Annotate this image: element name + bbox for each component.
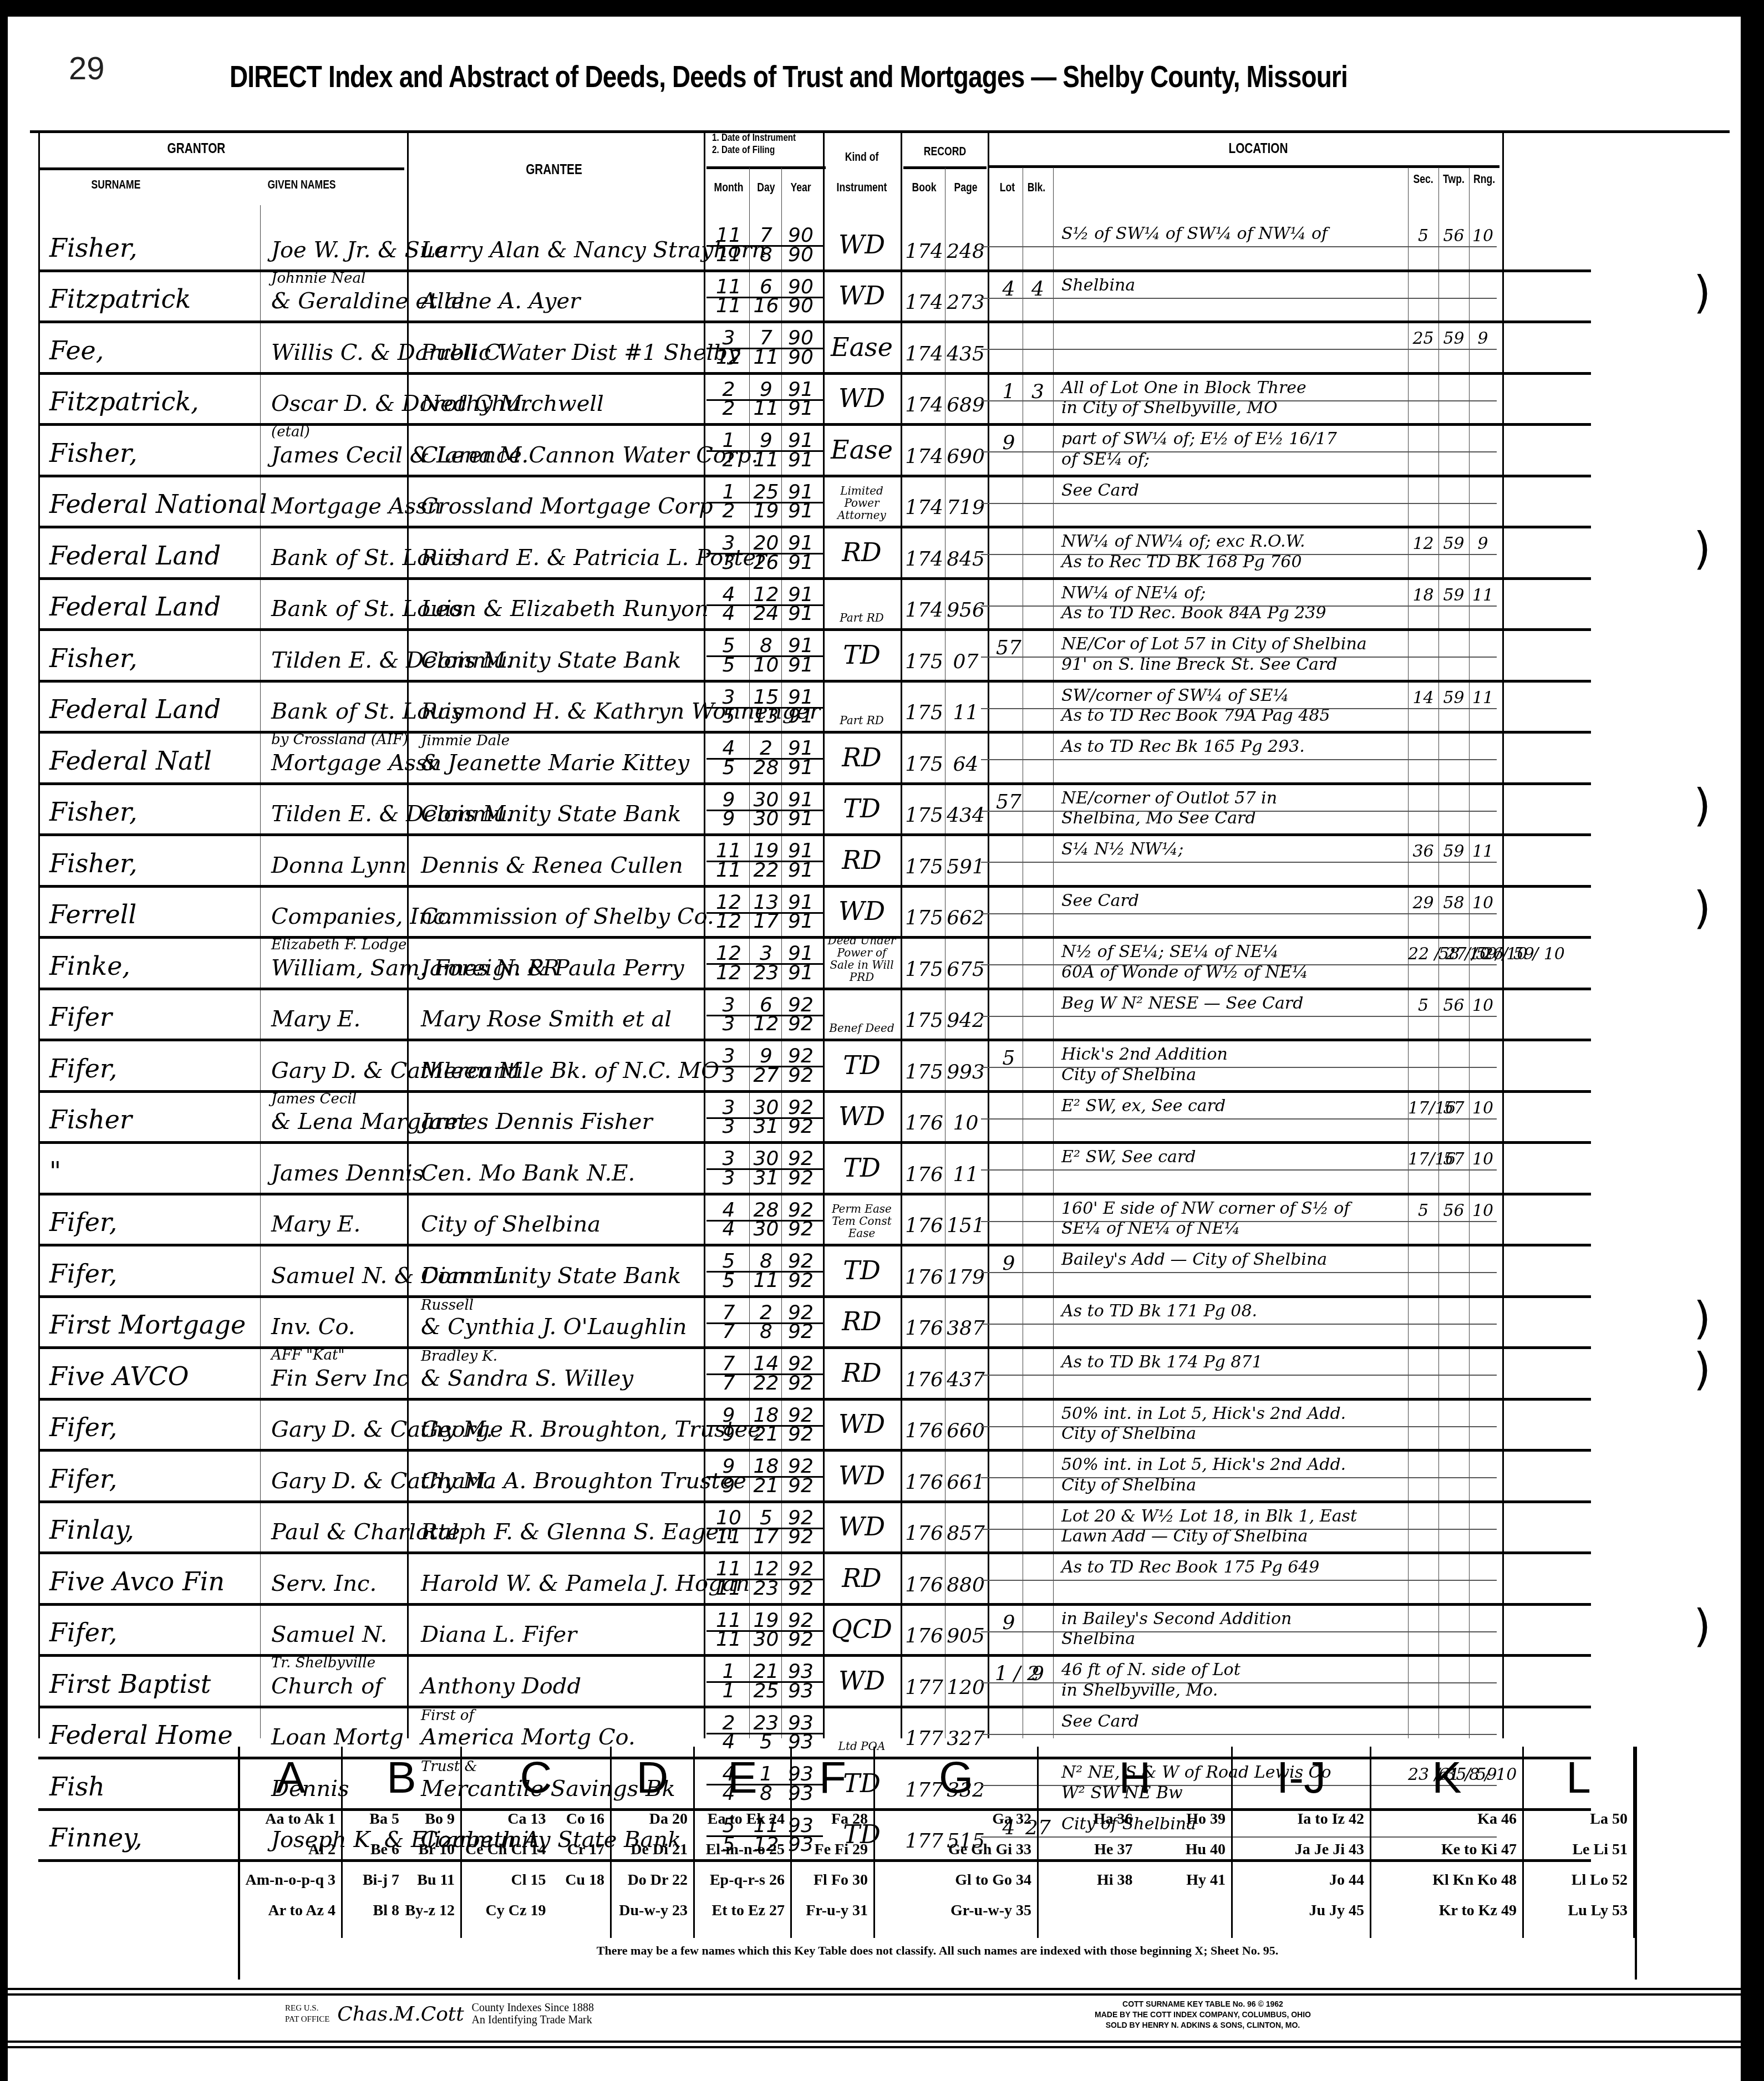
location-township: 59 (1438, 688, 1469, 708)
grantor-surname: Five Avco Fin (49, 1566, 225, 1596)
record-page: 07 (945, 650, 987, 673)
record-page: 689 (945, 394, 987, 416)
location-township: 56 (1438, 226, 1469, 246)
location-township: 59 (1438, 329, 1469, 348)
key-entry: Kl Kn Ko 48 (1375, 1871, 1519, 1902)
date-divider (706, 810, 823, 811)
key-entry: Ep-q-r-s 26 (698, 1871, 787, 1902)
location-divider (981, 913, 1497, 914)
surname-key-table: There may be a few names which this Key … (238, 1747, 1637, 1980)
location-divider (981, 1375, 1497, 1376)
location-description: 50% int. in Lot 5, Hick's 2nd Add. (1061, 1404, 1346, 1423)
location-divider (981, 1016, 1497, 1017)
index-row: FerrellCompanies, Inc.Commission of Shel… (38, 888, 1591, 939)
record-book: 176 (903, 1163, 945, 1186)
index-row: Fitzpatrick& Geraldine et alJohnnie Neal… (38, 272, 1591, 324)
key-table-note: There may be a few names which this Key … (240, 1943, 1635, 1958)
record-page: 64 (945, 753, 987, 776)
grantor-given-names: Church of (271, 1673, 383, 1699)
page-number: 29 (69, 50, 105, 87)
record-page: 273 (945, 291, 987, 314)
sec-header: Sec. (1411, 172, 1436, 186)
key-column-l: LLa 50Le Li 51Ll Lo 52Lu Ly 53 (1524, 1747, 1635, 1938)
grantor-given-names-note: Tr. Shelbyville (271, 1655, 375, 1671)
key-column-e: EEa to Ek 24El-m-n-o 25Ep-q-r-s 26Et to … (695, 1747, 792, 1938)
grantee-name: & Cynthia J. O'Laughlin (421, 1314, 687, 1340)
grantee-name: Allene A. Ayer (421, 288, 580, 314)
location-divider (981, 862, 1497, 863)
grantor-surname: Fisher, (49, 438, 138, 468)
record-page: 179 (945, 1266, 987, 1289)
location-description: NE/corner of Outlot 57 in (1061, 788, 1277, 808)
index-row: Fifer,Samuel N. & Diana L.Community Stat… (38, 1246, 1591, 1298)
grantor-given-names: Fin Serv Inc (271, 1366, 409, 1391)
instrument-kind: WD (826, 281, 898, 311)
index-row: Fisher,Donna LynnDennis & Renea Cullen11… (38, 836, 1591, 888)
date-divider (706, 348, 823, 349)
index-row: Federal LandBank of St. LouisRaymond H. … (38, 683, 1591, 734)
grantee-name: Anthony Dodd (421, 1673, 581, 1699)
key-entry: Kr to Kz 49 (1375, 1902, 1519, 1932)
record-book: 175 (903, 958, 945, 981)
instrument-kind: WD (826, 230, 898, 260)
grantor-surname: First Mortgage (49, 1310, 246, 1340)
index-row: Fifer,Gary D. & Cathy M.George R. Brough… (38, 1401, 1591, 1452)
index-row: Fisher& Lena MargaretJames CecilJames De… (38, 1093, 1591, 1144)
location-description: As to TD Rec Book 175 Pg 649 (1061, 1558, 1319, 1577)
dates-header-rule (706, 166, 826, 169)
location-township: 59 (1438, 842, 1469, 861)
key-entries: Da 20De Di 21Do Dr 22Du-w-y 23 (615, 1810, 690, 1932)
grantee-name: Leon & Elizabeth Runyon (421, 596, 709, 622)
key-entry: Gl to Go 34 (878, 1871, 1034, 1902)
key-entry: Co 16 (548, 1810, 607, 1841)
date-divider (706, 1220, 823, 1222)
grantor-surname: Fifer (49, 1002, 112, 1032)
grantee-name: Ralph F. & Glenna S. Eagen (421, 1519, 733, 1545)
grantor-surname: Fifer, (49, 1207, 117, 1237)
location-description: NW¼ of NE¼ of; (1061, 583, 1206, 603)
margin-bracket-mark: ) (1694, 523, 1711, 574)
date-divider (706, 502, 823, 503)
key-entries: Ca 13Ce Ch Ci 14Cl 15Cy Cz 19Co 16Cr 17C… (465, 1810, 607, 1932)
pat-office-label: PAT OFFICE (285, 2015, 329, 2024)
location-lot: 9 (995, 1252, 1023, 1275)
instrument-header: Instrument (833, 180, 891, 195)
instrument-kind: RD (826, 1358, 898, 1388)
record-page: 11 (945, 701, 987, 724)
footer-rule (8, 1993, 1741, 1996)
key-entries: Fa 28Fe Fi 29Fl Fo 30Fr-u-y 31 (795, 1810, 870, 1932)
grantor-given-names-note: James Cecil (271, 1091, 357, 1107)
date-divider (706, 1015, 823, 1016)
instrument-kind: RD (826, 537, 898, 567)
instrument-kind: TD (826, 1255, 898, 1285)
grantee-name-note: Bradley K. (421, 1348, 497, 1365)
location-township: 59 (1438, 534, 1469, 553)
location-range: 10 (1469, 1098, 1497, 1118)
record-page: 993 (945, 1061, 987, 1083)
key-column-b: BBa 5Be 6Bi-j 7Bl 8Bo 9Br 10Bu 11By-z 12 (343, 1747, 462, 1938)
instrument-kind: WD (826, 383, 898, 413)
given-names-header: GIVEN NAMES (246, 177, 357, 192)
grantee-name: Harold W. & Pamela J. Hogan (421, 1571, 750, 1596)
location-divider (981, 657, 1497, 658)
location-description: E² SW, See card (1061, 1147, 1196, 1167)
instrument-kind: QCD (826, 1614, 898, 1644)
date-divider (706, 1322, 823, 1324)
record-book: 175 (903, 856, 945, 878)
location-divider (981, 1272, 1497, 1273)
record-page: 857 (945, 1522, 987, 1545)
key-entry: Br 10 (401, 1841, 457, 1871)
location-range: 10 / 10 / 10 (1469, 944, 1497, 964)
instrument-kind: TD (826, 793, 898, 823)
location-description: NE/Cor of Lot 57 in City of Shelbina (1061, 634, 1367, 654)
location-divider (981, 1734, 1497, 1735)
key-column-g: GGa 32Ge Gh Gi 33Gl to Go 34Gr-u-w-y 35 (875, 1747, 1039, 1938)
record-page: 248 (945, 240, 987, 263)
key-entry: Ju Jy 45 (1236, 1902, 1366, 1932)
grantee-name: James N. & Paula Perry (421, 955, 684, 981)
publisher-info: COTT SURNAME KEY TABLE No. 96 © 1962 MAD… (1095, 1999, 1311, 2031)
location-divider (981, 349, 1497, 350)
index-row: Five AVCOFin Serv IncAFF "Kat"& Sandra S… (38, 1349, 1591, 1401)
location-divider (981, 554, 1497, 555)
grantee-name: Clarence Cannon Water Corp. (421, 442, 758, 468)
index-row: Federal LandBank of St. LouisLeon & Eliz… (38, 580, 1591, 632)
lot-header: Lot (995, 180, 1020, 195)
location-divider (981, 246, 1497, 247)
page-title: DIRECT Index and Abstract of Deeds, Deed… (230, 58, 1348, 94)
index-row: Fifer,Samuel N.Diana L. Fifer11199211309… (38, 1606, 1591, 1657)
instrument-kind: Benef Deed (826, 1022, 898, 1034)
key-entry: Du-w-y 23 (615, 1902, 690, 1932)
key-entry: Fl Fo 30 (795, 1871, 870, 1902)
publisher-line-2: MADE BY THE COTT INDEX COMPANY, COLUMBUS… (1095, 2009, 1311, 2020)
margin-bracket-mark: ) (1694, 1600, 1711, 1652)
location-description: 50% int. in Lot 5, Hick's 2nd Add. (1061, 1455, 1346, 1474)
date-divider (706, 1476, 823, 1478)
date-divider (706, 707, 823, 709)
record-page: 942 (945, 1009, 987, 1032)
location-divider (981, 1118, 1497, 1120)
index-row: Federal NationalMortgage AssnCrossland M… (38, 477, 1591, 529)
reg-label: REG U.S. (285, 2004, 318, 2013)
date-divider (706, 1630, 823, 1632)
key-entry: Fe Fi 29 (795, 1841, 870, 1871)
key-entry: De Di 21 (615, 1841, 690, 1871)
instrument-kind: WD (826, 1461, 898, 1490)
location-lot: 1 (995, 380, 1023, 403)
grantee-name-note: Jimmie Dale (421, 732, 510, 749)
location-divider (981, 964, 1497, 965)
index-row: Federal NatlMortgage Assnby Crossland (A… (38, 734, 1591, 785)
instrument-kind: Part RD (826, 612, 898, 624)
key-letter: K (1371, 1752, 1522, 1803)
kind-header: Kind of (833, 150, 891, 164)
day-header: Day (754, 180, 779, 195)
grantor-surname: Fifer, (49, 1617, 117, 1647)
grantor-given-names: Mary E. (271, 1212, 360, 1237)
instrument-kind: Ease (826, 332, 898, 362)
record-page: 437 (945, 1368, 987, 1391)
location-section: 25 (1408, 329, 1438, 348)
location-divider (981, 606, 1497, 607)
grantee-header: GRANTEE (505, 161, 603, 178)
grantor-surname: First Baptist (49, 1669, 211, 1699)
grantor-surname: Fifer, (49, 1464, 117, 1494)
grantee-name: Community State Bank (421, 1263, 681, 1289)
location-section: 5 (1408, 226, 1438, 246)
record-book: 176 (903, 1266, 945, 1289)
date-divider (706, 1373, 823, 1375)
blk-header: Blk. (1025, 180, 1048, 195)
location-township: 56 (1438, 1201, 1469, 1220)
instrument-kind: TD (826, 640, 898, 670)
location-section: 36 (1408, 842, 1438, 861)
grantor-surname: Five AVCO (49, 1361, 189, 1391)
record-page: 434 (945, 804, 987, 827)
location-section: 5 (1408, 1201, 1438, 1220)
key-column-d: DDa 20De Di 21Do Dr 22Du-w-y 23 (612, 1747, 695, 1938)
margin-bracket-mark: ) (1694, 882, 1711, 934)
record-page: 661 (945, 1471, 987, 1494)
location-header-rule (989, 165, 1499, 168)
record-book: 176 (903, 1471, 945, 1494)
location-section: 18 (1408, 586, 1438, 605)
grantor-surname: Finke, (49, 951, 130, 981)
record-page: 956 (945, 599, 987, 622)
record-book: 176 (903, 1112, 945, 1134)
index-row: Finke,William, Sam. Foreign PRElizabeth … (38, 939, 1591, 990)
instrument-kind: WD (826, 1512, 898, 1541)
record-book: 176 (903, 1419, 945, 1442)
grantee-name: Charla A. Broughton Trustee (421, 1468, 746, 1494)
location-lot: 9 (995, 431, 1023, 454)
index-row: FiferMary E.Mary Rose Smith et al3692312… (38, 990, 1591, 1042)
key-entry (1042, 1902, 1135, 1932)
location-description: See Card (1061, 891, 1139, 910)
grantor-surname: Fisher, (49, 848, 138, 878)
record-page: 11 (945, 1163, 987, 1186)
grantor-surname: Fisher, (49, 233, 138, 263)
key-entries: La 50Le Li 51Ll Lo 52Lu Ly 53 (1527, 1810, 1630, 1932)
key-entry: Ba 5 (346, 1810, 401, 1841)
date-divider (706, 1681, 823, 1683)
instrument-kind: WD (826, 1101, 898, 1131)
record-page: 591 (945, 856, 987, 878)
location-description: Hick's 2nd Addition (1061, 1045, 1228, 1064)
key-entries: Ha 36He 37Hi 38Ho 39Hu 40Hy 41 (1042, 1810, 1228, 1932)
location-description: S¼ N½ NW¼; (1061, 839, 1183, 859)
grantor-given-names: Inv. Co. (271, 1314, 355, 1340)
grantor-surname: Fifer, (49, 1259, 117, 1289)
page-header: Page (949, 180, 983, 195)
date-divider (706, 1425, 823, 1427)
record-book: 176 (903, 1574, 945, 1596)
location-divider (981, 1580, 1497, 1581)
date-divider (706, 245, 823, 247)
record-page: 662 (945, 907, 987, 929)
grantor-given-names: Mortgage Assn (271, 493, 441, 519)
grantor-given-names: James Dennis (271, 1161, 424, 1186)
dates-header: 1. Date of Instrument2. Date of Filing (712, 132, 814, 156)
key-letter: C (462, 1752, 610, 1803)
key-entry: Ar to Az 4 (243, 1902, 338, 1932)
grantee-name: Ned Churchwell (421, 391, 604, 416)
key-entry: Am-n-o-p-q 3 (243, 1871, 338, 1902)
record-page: 845 (945, 548, 987, 571)
key-column-c: CCa 13Ce Ch Ci 14Cl 15Cy Cz 19Co 16Cr 17… (462, 1747, 612, 1938)
location-description: All of Lot One in Block Three (1061, 378, 1307, 398)
key-letter: F (792, 1752, 873, 1803)
key-entries: Ea to Ek 24El-m-n-o 25Ep-q-r-s 26Et to E… (698, 1810, 787, 1932)
key-letter: D (612, 1752, 693, 1803)
grantor-given-names: Mortgage Assn (271, 750, 441, 776)
location-range: 10 (1469, 893, 1497, 913)
grantor-surname: Federal Home (49, 1720, 233, 1750)
location-description: As to TD Bk 174 Pg 871 (1061, 1352, 1263, 1372)
grantee-name: Mercantile Bk. of N.C. MO (421, 1058, 719, 1083)
key-entry: Gr-u-w-y 35 (878, 1902, 1034, 1932)
key-entry: Hi 38 (1042, 1871, 1135, 1902)
key-column-h: HHa 36He 37Hi 38Ho 39Hu 40Hy 41 (1039, 1747, 1233, 1938)
location-range: 11 (1469, 842, 1497, 861)
grantor-given-names: Samuel N. (271, 1622, 387, 1647)
key-entry: Ea to Ek 24 (698, 1810, 787, 1841)
footer-rule (8, 2041, 1741, 2043)
grantee-name: Crossland Mortgage Corp (421, 493, 713, 519)
location-range: 11 (1469, 688, 1497, 708)
grantee-name: Dennis & Renea Cullen (421, 853, 683, 878)
key-entry: La 50 (1527, 1810, 1630, 1841)
instrument-kind: WD (826, 1409, 898, 1439)
instrument-kind: WD (826, 896, 898, 926)
record-page: 120 (945, 1676, 987, 1699)
location-description: 160' E side of NW corner of S½ of (1061, 1199, 1350, 1218)
location-divider (981, 1631, 1497, 1632)
location-range: 11 (1469, 586, 1497, 605)
grantee-name: Public Water Dist #1 Shelby (421, 340, 740, 365)
date-divider (706, 553, 823, 554)
key-entry: Ke to Ki 47 (1375, 1841, 1519, 1871)
grantee-name: Cen. Mo Bank N.E. (421, 1161, 635, 1186)
instrument-kind: Ease (826, 435, 898, 465)
location-township: 56 (1438, 996, 1469, 1015)
grantor-surname: Fisher, (49, 797, 138, 827)
grantee-name: Community State Bank (421, 801, 681, 827)
key-entry: Bu 11 (401, 1871, 457, 1902)
date-filing-label: 2. Date of Filing (712, 144, 814, 156)
grantee-name: Diana L. Fifer (421, 1622, 577, 1647)
key-column-f: FFa 28Fe Fi 29Fl Fo 30Fr-u-y 31 (792, 1747, 875, 1938)
grantor-surname: Federal National (49, 489, 267, 519)
date-divider (706, 297, 823, 298)
record-book: 177 (903, 1676, 945, 1699)
location-section: 17/16 (1408, 1098, 1438, 1118)
grantor-surname: Ferrell (49, 899, 136, 929)
key-entry (548, 1902, 607, 1932)
date-divider (706, 1117, 823, 1119)
index-row: Fifer,Gary D. & Cathleen M.Mercantile Bk… (38, 1041, 1591, 1093)
key-letter: G (875, 1752, 1037, 1803)
index-row: Fisher,Tilden E. & Delois M.Community St… (38, 785, 1591, 837)
record-book: 174 (903, 394, 945, 416)
index-row: First MortgageInv. Co.& Cynthia J. O'Lau… (38, 1298, 1591, 1350)
index-row: Fitzpatrick,Oscar D. & Dorothy M.Ned Chu… (38, 375, 1591, 426)
location-township: 58 / 59 / 59 (1438, 944, 1469, 964)
location-divider (981, 503, 1497, 504)
date-divider (706, 399, 823, 401)
twp-header: Twp. (1442, 172, 1466, 186)
record-book: 174 (903, 548, 945, 571)
publisher-line-3: SOLD BY HENRY N. ADKINS & SONS, CLINTON,… (1095, 2020, 1311, 2031)
record-book: 174 (903, 343, 945, 365)
grantee-name-note: Russell (421, 1297, 474, 1314)
key-entry: Le Li 51 (1527, 1841, 1630, 1871)
location-description: Beg W N² NESE — See Card (1061, 994, 1303, 1013)
index-sheet: 29 DIRECT Index and Abstract of Deeds, D… (8, 17, 1741, 2081)
key-entry: He 37 (1042, 1841, 1135, 1871)
location-township: 57 (1438, 1098, 1469, 1118)
location-divider (981, 1682, 1497, 1683)
key-entry: Fa 28 (795, 1810, 870, 1841)
key-letter: A (240, 1752, 341, 1803)
key-entry (1135, 1902, 1228, 1932)
key-entries: Aa to Ak 1Al 2Am-n-o-p-q 3Ar to Az 4 (243, 1810, 338, 1932)
key-entry: Bo 9 (401, 1810, 457, 1841)
key-entry: Cy Cz 19 (465, 1902, 548, 1932)
index-row: Fisher,James Cecil & Lena M.(etal)Claren… (38, 426, 1591, 477)
record-book: 175 (903, 1009, 945, 1032)
record-book: 175 (903, 907, 945, 929)
location-range: 10 (1469, 1201, 1497, 1220)
record-book: 174 (903, 445, 945, 468)
location-section: 14 (1408, 688, 1438, 708)
date-divider (706, 655, 823, 657)
surname-header: SURNAME (72, 177, 160, 192)
key-entry: Hu 40 (1135, 1841, 1228, 1871)
record-page: 387 (945, 1317, 987, 1340)
key-entry: Jo 44 (1236, 1871, 1366, 1902)
instrument-kind: WD (826, 1666, 898, 1696)
instrument-kind: Perm Ease Tem Const Ease (826, 1203, 898, 1239)
date-instrument-label: 1. Date of Instrument (712, 132, 814, 144)
date-divider (706, 861, 823, 862)
grantor-surname: Fisher (49, 1105, 132, 1134)
key-column-i-j: I-JIa to Iz 42Ja Je Ji 43Jo 44Ju Jy 45 (1233, 1747, 1371, 1938)
key-entries: Ba 5Be 6Bi-j 7Bl 8Bo 9Br 10Bu 11By-z 12 (346, 1810, 457, 1932)
location-divider (981, 759, 1497, 760)
grantor-surname: Finlay, (49, 1515, 134, 1545)
key-entry: Ha 36 (1042, 1810, 1135, 1841)
key-entry: Bi-j 7 (346, 1871, 401, 1902)
grantor-surname: Federal Natl (49, 746, 212, 776)
instrument-kind: RD (826, 1563, 898, 1593)
grantor-surname: Federal Land (49, 541, 221, 571)
key-entries: Ga 32Ge Gh Gi 33Gl to Go 34Gr-u-w-y 35 (878, 1810, 1034, 1932)
date-divider (706, 1168, 823, 1170)
date-divider (706, 604, 823, 606)
grantee-name-note: First of (421, 1707, 474, 1724)
key-column-k: KKa 46Ke to Ki 47Kl Kn Ko 48Kr to Kz 49 (1371, 1747, 1524, 1938)
location-divider (981, 708, 1497, 709)
key-entry: Fr-u-y 31 (795, 1902, 870, 1932)
index-row: Fisher,Joe W. Jr. & SueLarry Alan & Nanc… (38, 221, 1591, 272)
record-book: 175 (903, 1061, 945, 1083)
location-divider (981, 1324, 1497, 1325)
